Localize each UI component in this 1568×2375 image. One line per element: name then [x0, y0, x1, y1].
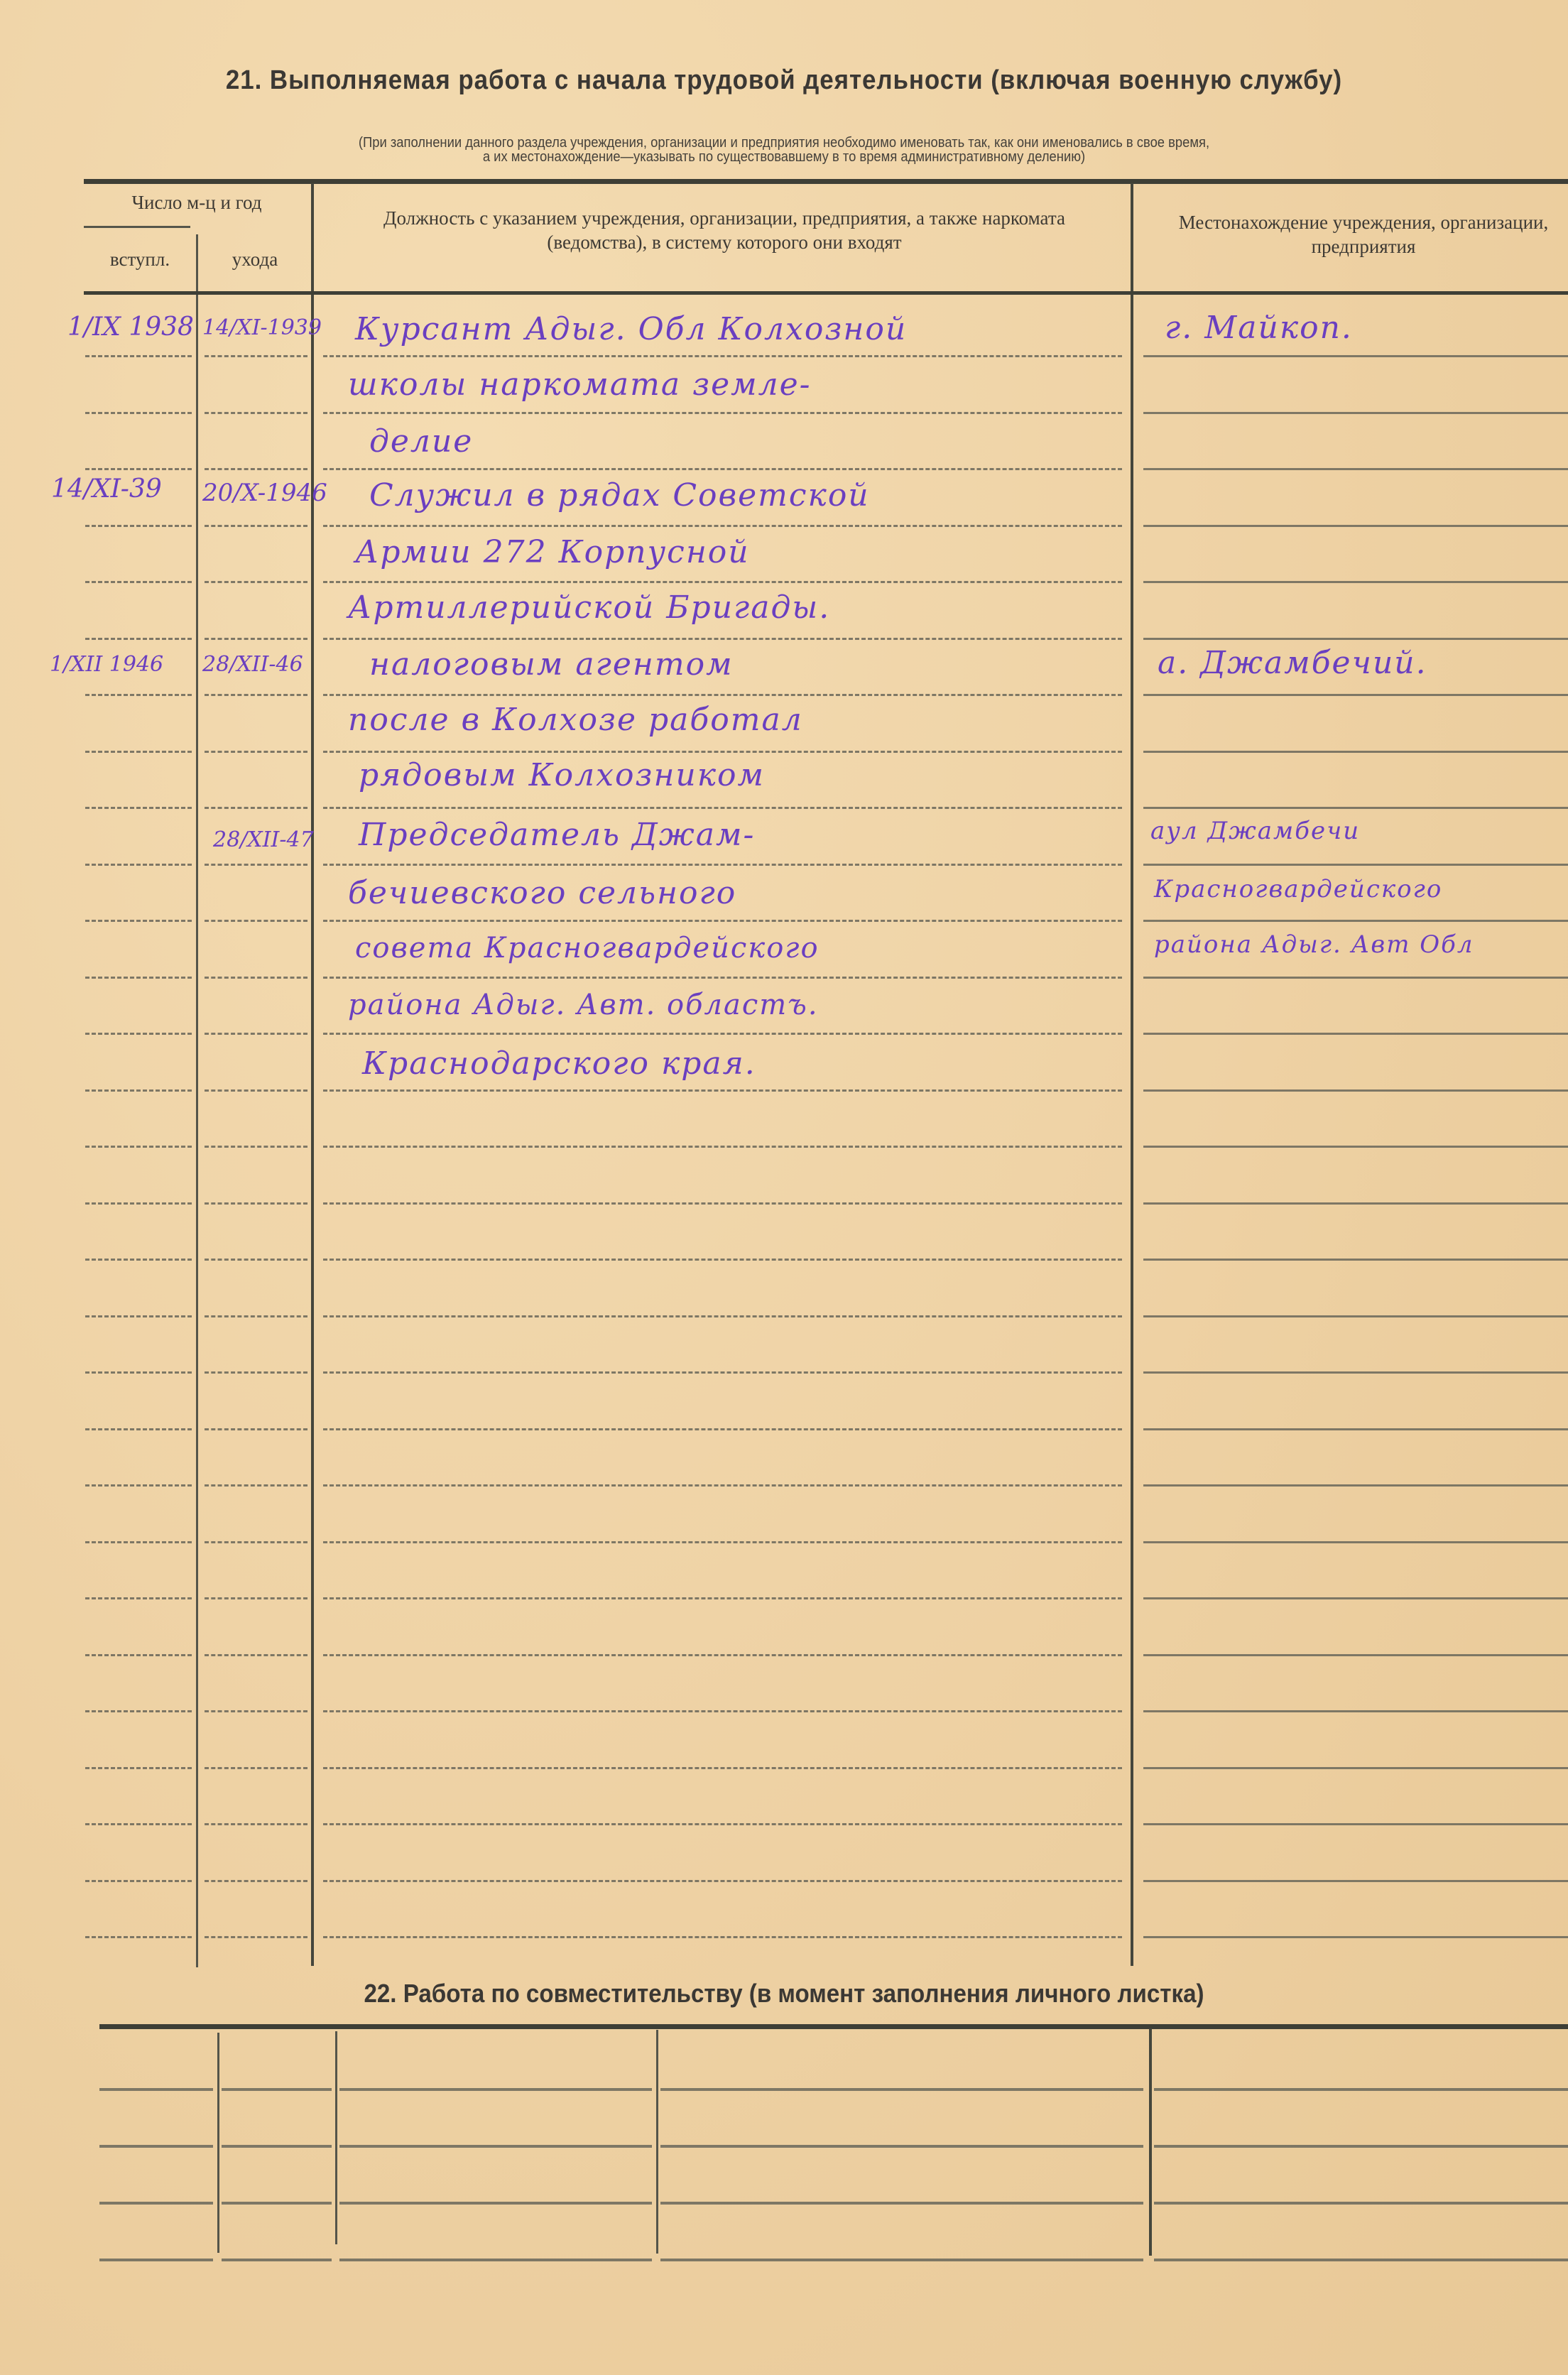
section-21-note-line2: а их местонахождение—указывать по сущест…	[62, 149, 1505, 165]
entry-4-location-line-3: района Адыг. Авт Обл	[1154, 930, 1474, 959]
row-line	[85, 1710, 192, 1712]
row-line	[323, 1936, 1122, 1938]
row-line	[205, 1259, 307, 1261]
entry-1-position-line-3: делие	[369, 423, 473, 460]
row-line	[323, 751, 1122, 753]
row-line	[85, 1146, 192, 1148]
row-line	[85, 1202, 192, 1205]
row-line	[205, 1654, 307, 1656]
row-line	[205, 1541, 307, 1543]
row-line	[99, 2145, 213, 2148]
entry-3-position-line-3: рядовым Колхозником	[359, 757, 765, 793]
table-22-col-divider-1	[217, 2033, 219, 2253]
row-line	[1143, 412, 1568, 414]
entry-1-end-date: 14/XI-1939	[202, 315, 322, 340]
row-line	[205, 1089, 307, 1092]
row-line	[323, 920, 1122, 922]
row-line	[339, 2088, 652, 2091]
row-line	[85, 412, 192, 414]
row-line	[85, 1428, 192, 1430]
row-line	[85, 1371, 192, 1374]
row-line	[1143, 1597, 1568, 1599]
row-line	[1143, 638, 1568, 640]
row-line	[85, 751, 192, 753]
row-line	[85, 355, 192, 357]
entry-4-position-line-1: Председатель Джам-	[359, 817, 755, 853]
row-line	[1154, 2202, 1568, 2205]
row-line	[323, 1089, 1122, 1092]
row-line	[205, 1880, 307, 1882]
entry-4-position-line-5: Краснодарского края.	[362, 1045, 756, 1082]
row-line	[85, 977, 192, 979]
row-line	[323, 1484, 1122, 1487]
row-line	[1143, 468, 1568, 470]
row-line	[205, 1033, 307, 1035]
row-line	[1143, 1823, 1568, 1825]
col-divider-entry-exit	[196, 234, 198, 1967]
row-line	[85, 694, 192, 696]
row-line	[85, 807, 192, 809]
row-line	[85, 1033, 192, 1035]
row-line	[1143, 1315, 1568, 1317]
row-line	[1143, 807, 1568, 809]
row-line	[85, 920, 192, 922]
row-line	[85, 525, 192, 527]
entry-4-position-line-3: совета Красногвардейского	[355, 932, 820, 964]
row-line	[205, 977, 307, 979]
row-line	[99, 2259, 213, 2261]
entry-1-start-date: 1/IX 1938	[67, 312, 194, 342]
row-line	[1143, 1484, 1568, 1487]
row-line	[1154, 2145, 1568, 2148]
row-line	[1143, 1880, 1568, 1882]
row-line	[1143, 1033, 1568, 1035]
entry-1-location: г. Майкоп.	[1165, 310, 1353, 346]
row-line	[205, 1823, 307, 1825]
row-line	[1143, 1202, 1568, 1205]
row-line	[323, 412, 1122, 414]
table-21-header-bottom-rule	[84, 291, 1568, 295]
row-line	[85, 581, 192, 583]
row-line	[205, 468, 307, 470]
entry-3-start-date: 1/XII 1946	[50, 652, 163, 677]
row-line	[205, 638, 307, 640]
entry-4-location-line-2: Красногвардейского	[1154, 875, 1442, 903]
row-line	[1143, 977, 1568, 979]
row-line	[205, 864, 307, 866]
row-line	[1143, 1371, 1568, 1374]
row-line	[1143, 920, 1568, 922]
row-line	[1143, 1654, 1568, 1656]
row-line	[323, 1428, 1122, 1430]
header-position: Должность с указанием учреждения, органи…	[369, 206, 1079, 254]
row-line	[205, 1936, 307, 1938]
row-line	[205, 1202, 307, 1205]
row-line	[205, 807, 307, 809]
row-line	[205, 355, 307, 357]
row-line	[1143, 525, 1568, 527]
row-line	[339, 2202, 652, 2205]
table-22-col-divider-4	[1149, 2028, 1152, 2256]
table-22-col-divider-2	[335, 2031, 337, 2244]
row-line	[205, 1597, 307, 1599]
row-line	[339, 2259, 652, 2261]
row-line	[323, 525, 1122, 527]
row-line	[1143, 1428, 1568, 1430]
row-line	[323, 355, 1122, 357]
header-entry: вступл.	[84, 247, 196, 271]
row-line	[323, 638, 1122, 640]
entry-3-position-line-1: налоговым агентом	[369, 646, 734, 683]
row-line	[660, 2088, 1143, 2091]
row-line	[323, 1259, 1122, 1261]
row-line	[1143, 355, 1568, 357]
row-line	[1143, 1259, 1568, 1261]
entry-2-end-date: 20/X-1946	[202, 479, 327, 507]
row-line	[205, 581, 307, 583]
row-line	[1143, 751, 1568, 753]
row-line	[323, 864, 1122, 866]
row-line	[1154, 2259, 1568, 2261]
row-line	[660, 2145, 1143, 2148]
row-line	[205, 920, 307, 922]
row-line	[323, 468, 1122, 470]
header-location: Местонахождение учреждения, организации,…	[1165, 210, 1562, 259]
row-line	[323, 1146, 1122, 1148]
row-line	[85, 1484, 192, 1487]
row-line	[339, 2145, 652, 2148]
entry-1-position-line-2: школы наркомата земле-	[348, 366, 812, 403]
row-line	[1143, 581, 1568, 583]
row-line	[85, 1597, 192, 1599]
row-line	[85, 468, 192, 470]
row-line	[323, 1767, 1122, 1769]
entry-3-position-line-2: после в Колхозе работал	[348, 702, 803, 738]
row-line	[205, 1710, 307, 1712]
row-line	[205, 1146, 307, 1148]
entry-3-end-date: 28/XII-46	[202, 652, 303, 677]
entry-1-position-line-1: Курсант Адыг. Обл Колхозной	[355, 311, 907, 347]
row-line	[323, 1315, 1122, 1317]
row-line	[85, 1936, 192, 1938]
table-22-col-divider-3	[656, 2030, 658, 2254]
row-line	[323, 977, 1122, 979]
row-line	[205, 751, 307, 753]
entry-2-position-line-3: Артиллерийской Бригады.	[348, 589, 830, 626]
row-line	[222, 2202, 332, 2205]
header-date-group: Число м-ц и год	[84, 190, 310, 214]
entry-4-location-line-1: аул Джамбечи	[1150, 817, 1360, 845]
row-line	[205, 412, 307, 414]
row-line	[660, 2259, 1143, 2261]
row-line	[323, 1033, 1122, 1035]
table-22-top-rule	[99, 2024, 1568, 2029]
row-line	[85, 864, 192, 866]
row-line	[85, 1315, 192, 1317]
row-line	[323, 1880, 1122, 1882]
row-line	[323, 807, 1122, 809]
row-line	[85, 1654, 192, 1656]
row-line	[85, 1767, 192, 1769]
row-line	[85, 1880, 192, 1882]
row-line	[1143, 1146, 1568, 1148]
entry-4-position-line-2: бечиевского сельного	[348, 875, 736, 911]
row-line	[1143, 694, 1568, 696]
row-line	[1154, 2088, 1568, 2091]
header-exit: ухода	[199, 247, 311, 271]
col-divider-location	[1131, 183, 1133, 1966]
row-line	[323, 694, 1122, 696]
row-line	[323, 1597, 1122, 1599]
row-line	[99, 2088, 213, 2091]
col-divider-dates	[311, 183, 314, 1966]
entry-4-end-date: 28/XII-47	[213, 827, 314, 852]
row-line	[99, 2202, 213, 2205]
entry-2-position-line-1: Служил в рядах Советской	[369, 477, 870, 513]
row-line	[323, 1371, 1122, 1374]
row-line	[323, 1541, 1122, 1543]
row-line	[85, 638, 192, 640]
entry-4-position-line-4: района Адыг. Авт. областъ.	[348, 989, 819, 1021]
row-line	[85, 1541, 192, 1543]
row-line	[205, 1767, 307, 1769]
row-line	[323, 1202, 1122, 1205]
row-line	[1143, 1936, 1568, 1938]
row-line	[222, 2259, 332, 2261]
row-line	[1143, 1541, 1568, 1543]
row-line	[205, 1315, 307, 1317]
row-line	[85, 1259, 192, 1261]
entry-2-position-line-2: Армии 272 Корпусной	[355, 534, 750, 570]
row-line	[85, 1823, 192, 1825]
row-line	[323, 1654, 1122, 1656]
section-22-title: 22. Работа по совместительству (в момент…	[62, 1979, 1505, 2009]
row-line	[222, 2145, 332, 2148]
row-line	[660, 2202, 1143, 2205]
row-line	[205, 1428, 307, 1430]
section-21-title: 21. Выполняемая работа с начала трудовой…	[62, 65, 1505, 96]
row-line	[205, 1484, 307, 1487]
row-line	[1143, 1089, 1568, 1092]
entry-2-start-date: 14/XI-39	[51, 474, 162, 504]
row-line	[85, 1089, 192, 1092]
row-line	[1143, 864, 1568, 866]
row-line	[205, 694, 307, 696]
row-line	[323, 581, 1122, 583]
row-line	[205, 525, 307, 527]
row-line	[323, 1710, 1122, 1712]
row-line	[222, 2088, 332, 2091]
date-group-underline	[84, 226, 190, 228]
row-line	[1143, 1767, 1568, 1769]
entry-3-location: а. Джамбечий.	[1158, 645, 1427, 681]
row-line	[205, 1371, 307, 1374]
row-line	[1143, 1710, 1568, 1712]
row-line	[323, 1823, 1122, 1825]
table-21-top-rule	[84, 179, 1568, 184]
